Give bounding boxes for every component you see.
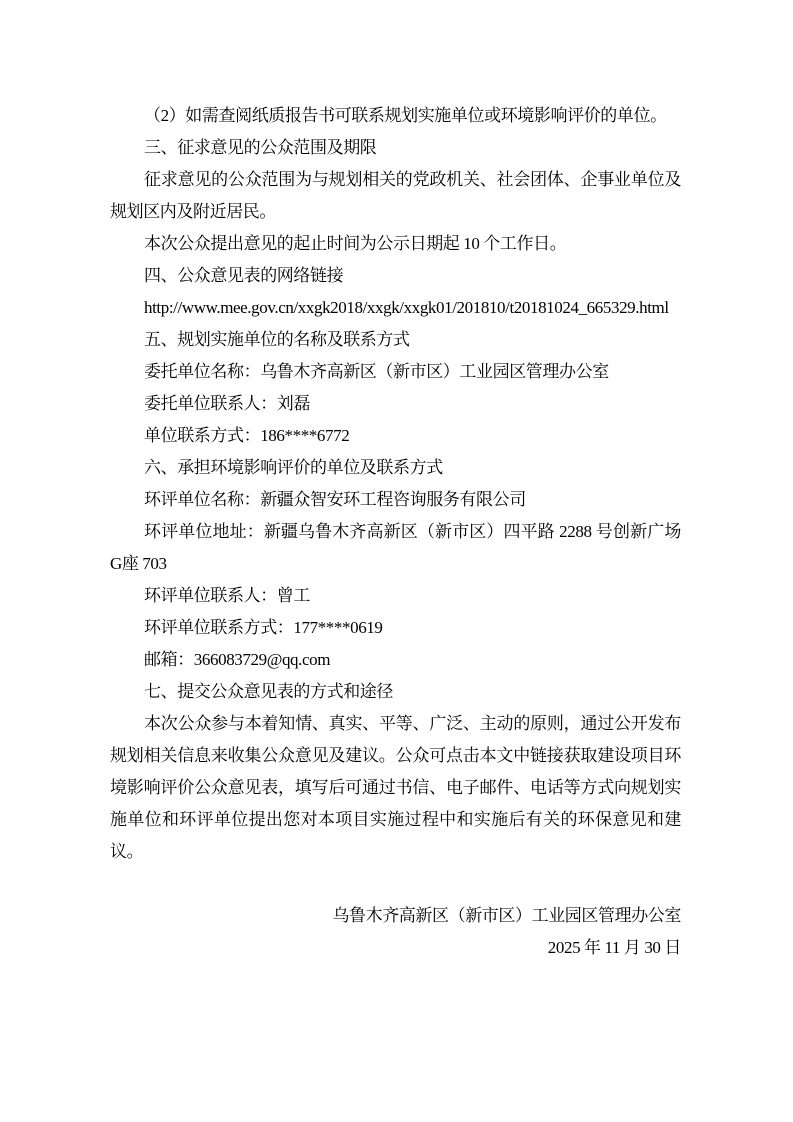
section5-heading: 五、规划实施单位的名称及联系方式 [110,324,681,356]
section4-heading: 四、公众意见表的网络链接 [110,260,681,292]
note-paper-report-paragraph: （2）如需查阅纸质报告书可联系规划实施单位或环境影响评价的单位。 [110,100,681,132]
eia-unit-email: 邮箱：366083729@qq.com [110,644,681,676]
public-comment-form-url[interactable]: http://www.mee.gov.cn/xxgk2018/xxgk/xxgk… [110,292,681,324]
section3-deadline-paragraph: 本次公众提出意见的起止时间为公示日期起 10 个工作日。 [110,228,681,260]
eia-unit-phone: 环评单位联系方式：177****0619 [110,612,681,644]
section3-scope-paragraph: 征求意见的公众范围为与规划相关的党政机关、社会团体、企事业单位及规划区内及附近居… [110,164,681,228]
eia-unit-name: 环评单位名称：新疆众智安环工程咨询服务有限公司 [110,484,681,516]
entrust-unit-contact: 委托单位联系人：刘磊 [110,388,681,420]
section3-heading: 三、征求意见的公众范围及期限 [110,132,681,164]
entrust-unit-name: 委托单位名称：乌鲁木齐高新区（新市区）工业园区管理办公室 [110,356,681,388]
eia-unit-address: 环评单位地址：新疆乌鲁木齐高新区（新市区）四平路 2288 号创新广场 G座 7… [110,516,681,580]
document-page: （2）如需查阅纸质报告书可联系规划实施单位或环境影响评价的单位。 三、征求意见的… [0,0,793,1122]
entrust-unit-phone: 单位联系方式：186****6772 [110,420,681,452]
section7-heading: 七、提交公众意见表的方式和途径 [110,676,681,708]
eia-unit-contact: 环评单位联系人：曾工 [110,580,681,612]
signature-org: 乌鲁木齐高新区（新市区）工业园区管理办公室 [110,900,681,932]
document-body: （2）如需查阅纸质报告书可联系规划实施单位或环境影响评价的单位。 三、征求意见的… [110,100,681,964]
signature-date: 2025 年 11 月 30 日 [110,932,681,964]
section7-method-paragraph: 本次公众参与本着知情、真实、平等、广泛、主动的原则，通过公开发布规划相关信息来收… [110,708,681,868]
section6-heading: 六、承担环境影响评价的单位及联系方式 [110,452,681,484]
